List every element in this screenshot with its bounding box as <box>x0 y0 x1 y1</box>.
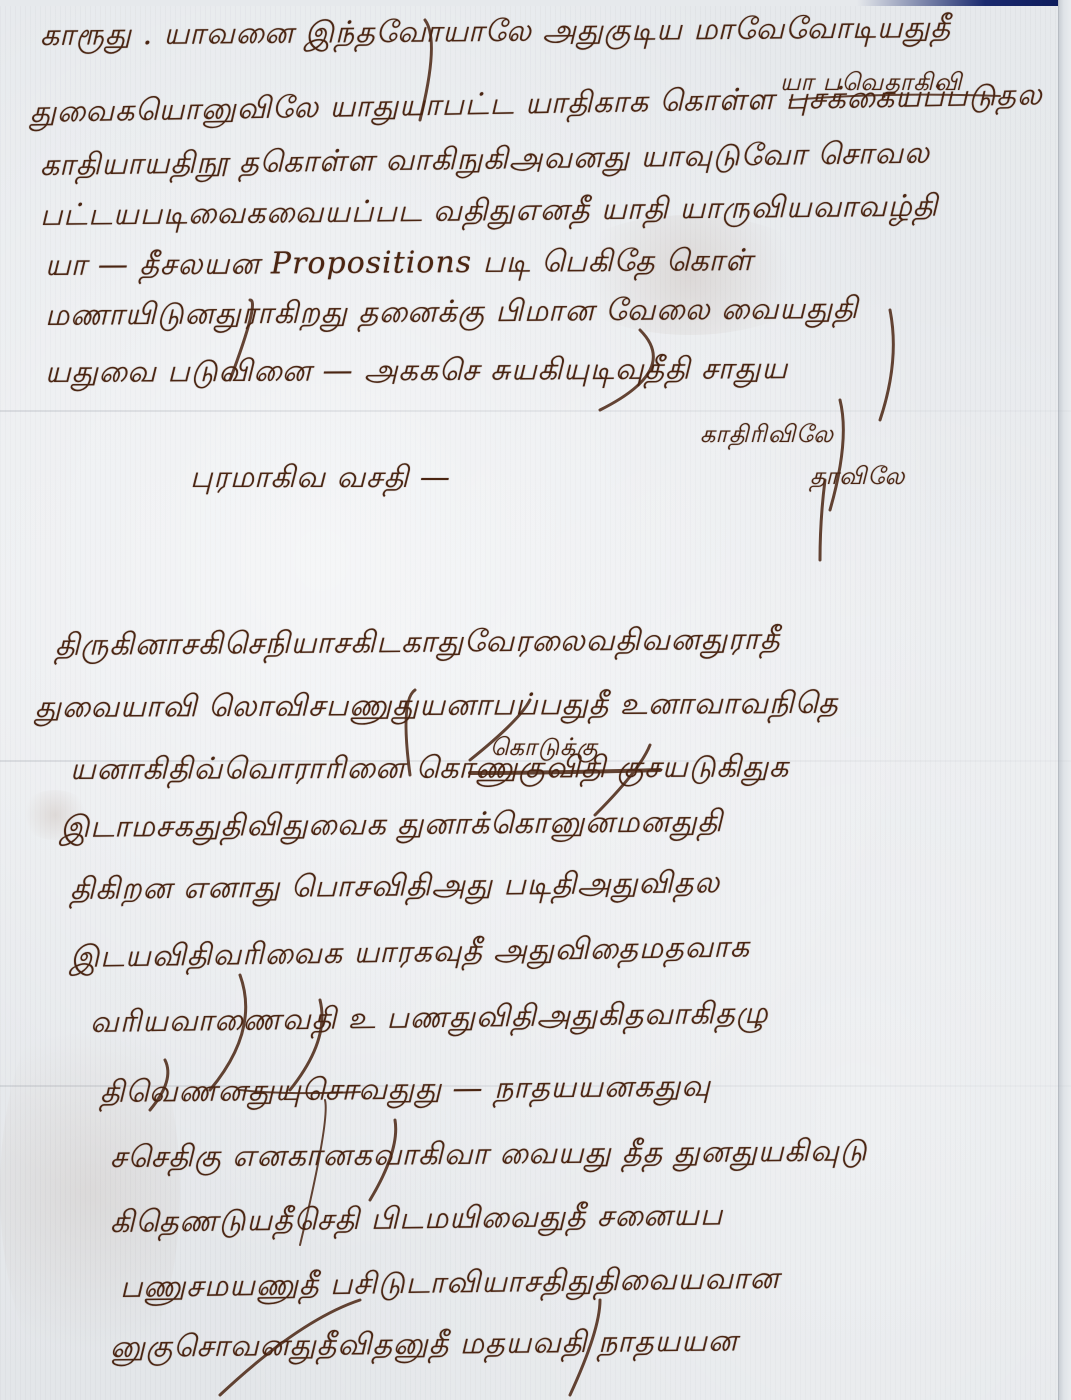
manuscript-page: காரூது . யாவனை இந்தவோயாலே அதுகுடிய மாவேவ… <box>0 0 1071 1400</box>
ink-flourishes <box>0 0 1071 1400</box>
